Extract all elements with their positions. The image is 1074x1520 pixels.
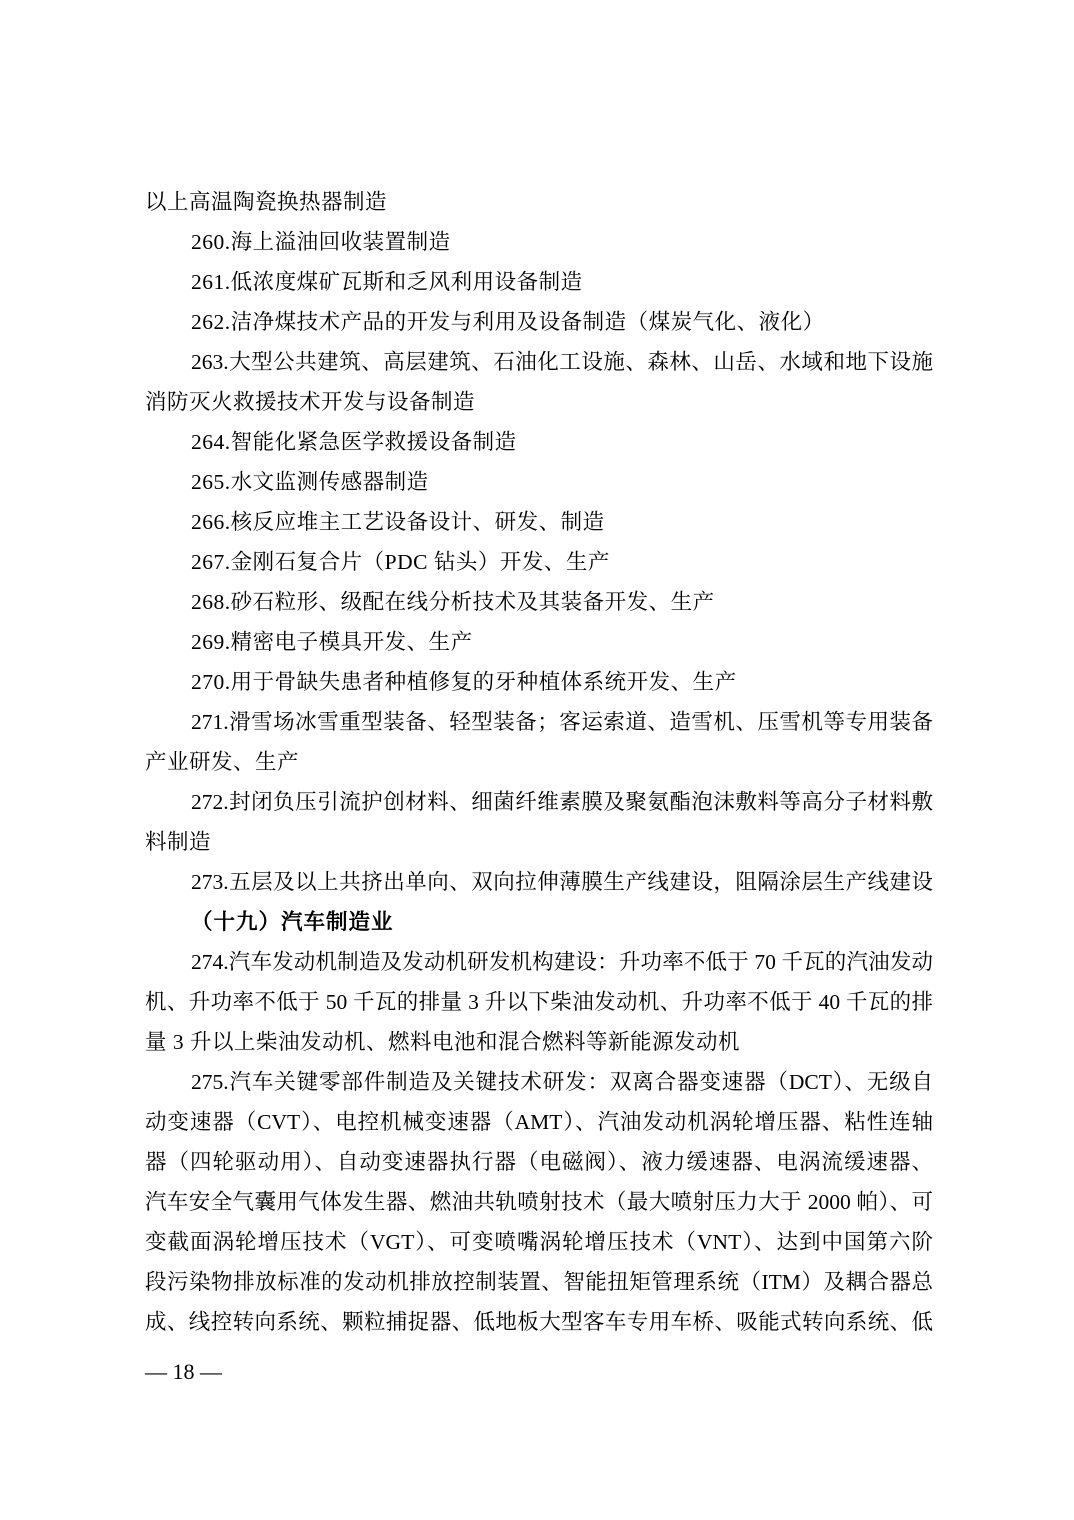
document-line: 270.用于骨缺失患者种植修复的牙种植体系统开发、生产 bbox=[145, 662, 933, 702]
document-line: 机、升功率不低于 50 千瓦的排量 3 升以下柴油发动机、升功率不低于 40 千… bbox=[145, 982, 933, 1022]
document-line: 265.水文监测传感器制造 bbox=[145, 462, 933, 502]
document-page: 以上高温陶瓷换热器制造260.海上溢油回收装置制造261.低浓度煤矿瓦斯和乏风利… bbox=[0, 0, 1074, 1520]
text-block: 以上高温陶瓷换热器制造260.海上溢油回收装置制造261.低浓度煤矿瓦斯和乏风利… bbox=[145, 182, 933, 1342]
document-line: 260.海上溢油回收装置制造 bbox=[145, 222, 933, 262]
document-line: 264.智能化紧急医学救援设备制造 bbox=[145, 422, 933, 462]
section-heading: （十九）汽车制造业 bbox=[145, 902, 933, 942]
document-line: 268.砂石粒形、级配在线分析技术及其装备开发、生产 bbox=[145, 582, 933, 622]
document-line: 274.汽车发动机制造及发动机研发机构建设：升功率不低于 70 千瓦的汽油发动 bbox=[145, 942, 933, 982]
document-line: 275.汽车关键零部件制造及关键技术研发：双离合器变速器（DCT）、无级自 bbox=[145, 1062, 933, 1102]
document-line: 266.核反应堆主工艺设备设计、研发、制造 bbox=[145, 502, 933, 542]
document-line: 272.封闭负压引流护创材料、细菌纤维素膜及聚氨酯泡沫敷料等高分子材料敷 bbox=[145, 782, 933, 822]
document-line: 271.滑雪场冰雪重型装备、轻型装备；客运索道、造雪机、压雪机等专用装备 bbox=[145, 702, 933, 742]
document-line: 267.金刚石复合片（PDC 钻头）开发、生产 bbox=[145, 542, 933, 582]
document-line: 料制造 bbox=[145, 822, 933, 862]
document-line: 262.洁净煤技术产品的开发与利用及设备制造（煤炭气化、液化） bbox=[145, 302, 933, 342]
document-line: 消防灭火救援技术开发与设备制造 bbox=[145, 382, 933, 422]
document-line: 263.大型公共建筑、高层建筑、石油化工设施、森林、山岳、水域和地下设施 bbox=[145, 342, 933, 382]
document-line: 273.五层及以上共挤出单向、双向拉伸薄膜生产线建设，阻隔涂层生产线建设 bbox=[145, 862, 933, 902]
document-line: 汽车安全气囊用气体发生器、燃油共轨喷射技术（最大喷射压力大于 2000 帕）、可 bbox=[145, 1182, 933, 1222]
document-line: 成、线控转向系统、颗粒捕捉器、低地板大型客车专用车桥、吸能式转向系统、低 bbox=[145, 1302, 933, 1342]
document-line: 量 3 升以上柴油发动机、燃料电池和混合燃料等新能源发动机 bbox=[145, 1022, 933, 1062]
document-line: 器（四轮驱动用）、自动变速器执行器（电磁阀）、液力缓速器、电涡流缓速器、 bbox=[145, 1142, 933, 1182]
document-line: 以上高温陶瓷换热器制造 bbox=[145, 182, 933, 222]
document-line: 产业研发、生产 bbox=[145, 742, 933, 782]
document-line: 269.精密电子模具开发、生产 bbox=[145, 622, 933, 662]
document-line: 段污染物排放标准的发动机排放控制装置、智能扭矩管理系统（ITM）及耦合器总 bbox=[145, 1262, 933, 1302]
document-line: 变截面涡轮增压技术（VGT）、可变喷嘴涡轮增压技术（VNT）、达到中国第六阶 bbox=[145, 1222, 933, 1262]
document-line: 261.低浓度煤矿瓦斯和乏风利用设备制造 bbox=[145, 262, 933, 302]
document-line: 动变速器（CVT）、电控机械变速器（AMT）、汽油发动机涡轮增压器、粘性连轴 bbox=[145, 1102, 933, 1142]
page-number: — 18 — bbox=[145, 1352, 222, 1392]
